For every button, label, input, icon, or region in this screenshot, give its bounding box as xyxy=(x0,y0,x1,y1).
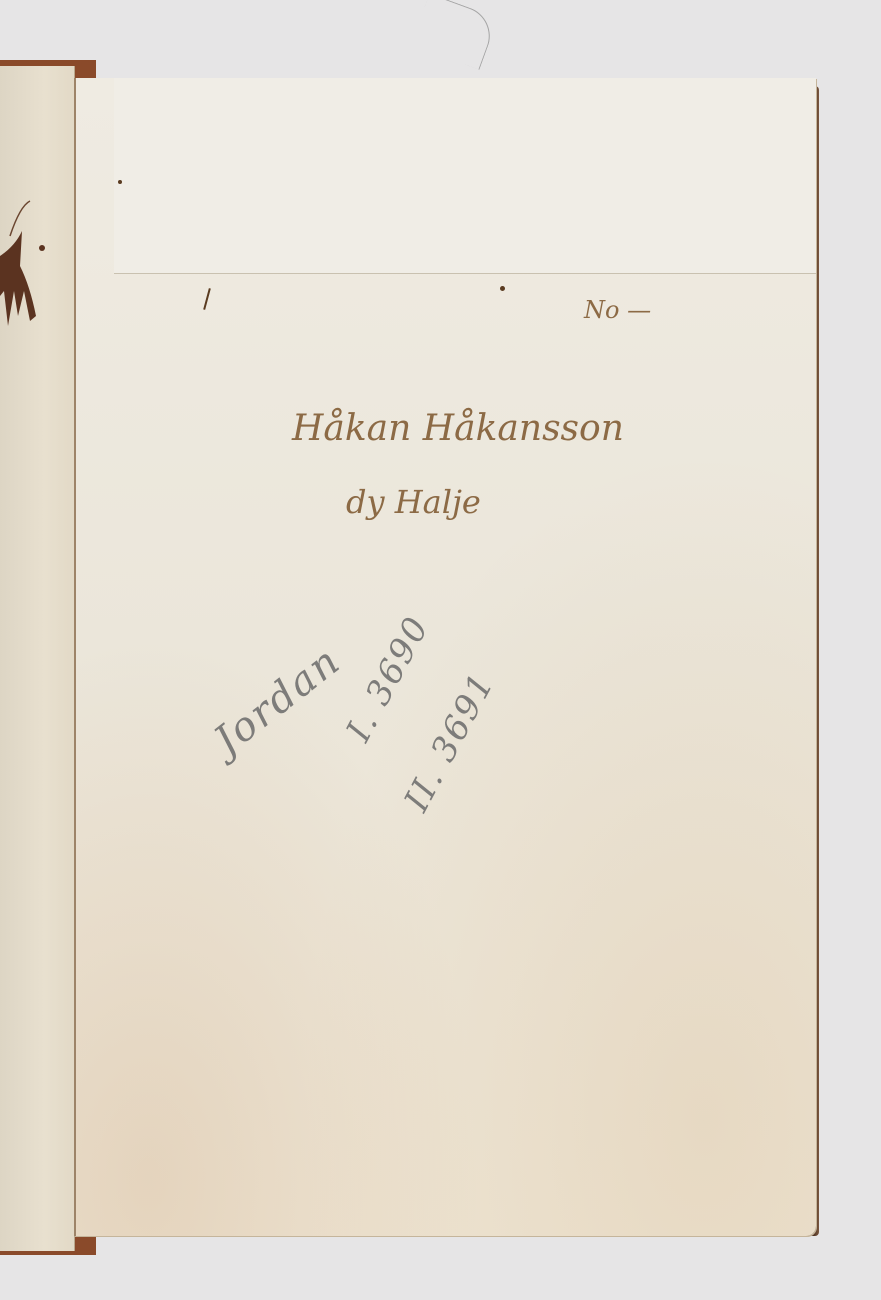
pencil-name: Jordan xyxy=(206,638,350,764)
ink-stroke xyxy=(203,288,211,310)
ink-blot xyxy=(0,196,45,336)
folded-paper-strip xyxy=(114,78,816,274)
loose-thread xyxy=(411,0,498,70)
number-mark: No — xyxy=(584,296,651,324)
owner-name: Håkan Håkansson xyxy=(292,408,624,449)
ink-dot xyxy=(118,180,122,184)
gutter xyxy=(74,78,76,1236)
ink-dot xyxy=(500,286,505,291)
owner-place: dy Halje xyxy=(346,483,481,521)
pencil-volume-2: II. 3691 xyxy=(397,666,503,818)
left-flyleaf xyxy=(0,66,75,1251)
pencil-volume-1: I. 3690 xyxy=(339,610,438,748)
title-flyleaf-page: No — Håkan Håkansson dy Halje Jordan I. … xyxy=(74,78,816,1236)
